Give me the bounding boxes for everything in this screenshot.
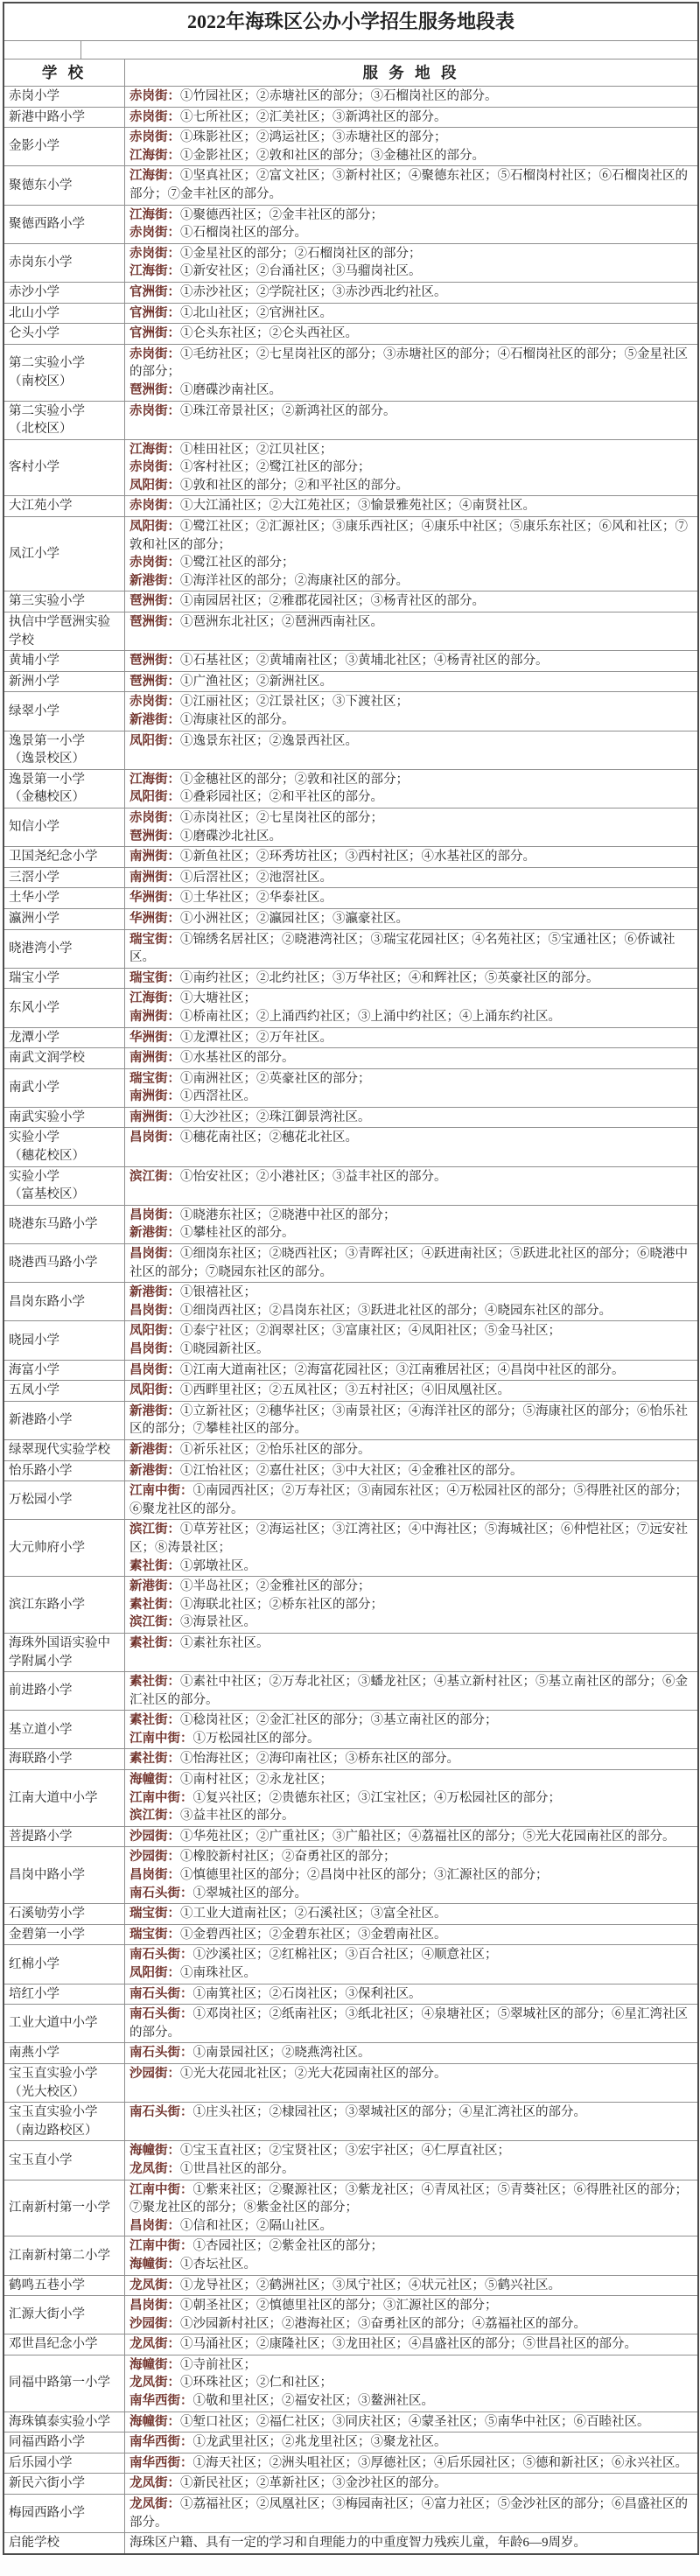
service-area: 南洲街：①后滘社区；②池滘社区。 [125,868,697,888]
communities-text: ①水基社区的部分。 [180,1051,295,1065]
table-row: 石溪劬劳小学瑞宝街：①工业大道南社区；②石溪社区；③富全社区。 [4,1904,697,1925]
service-segment: 江海街：①金穗社区的部分；②敦和社区的部分； [129,771,693,789]
table-row: 滨江东路小学新港街：①半岛社区；②金雅社区的部分；素社街：①海联北社区；②桥东社… [4,1577,697,1634]
service-area: 江海街：①聚德西社区；②金丰社区的部分；赤岗街：①石榴岗社区的部分。 [125,206,697,243]
street-label: 南石头街： [129,2007,193,2021]
street-label: 赤岗街： [129,460,180,474]
street-label: 新港街： [129,1579,180,1593]
service-segment: 江海街：①大塘社区； [129,990,693,1008]
table-row: 鹤鸣五巷小学龙凤街：①龙导社区；②鹤洲社区；③凤宁社区；④状元社区；⑤鹤兴社区。 [4,2276,697,2297]
service-segment: 赤岗街：①毛纺社区；②七星岗社区的部分；③赤塘社区的部分；④石榴岗社区的部分；⑤… [129,346,693,381]
table-row: 同福中路第一小学海幢街：①寺前社区；龙凤街：①环珠社区；②仁和社区；南华西街：①… [4,2355,697,2412]
school-name: 三滘小学 [4,868,125,888]
service-segment: 南洲街：①后滘社区；②池滘社区。 [129,869,693,887]
street-label: 凤阳街： [129,1383,180,1397]
street-label: 海幢街： [129,1773,180,1787]
service-area: 赤岗街：①七所社区；②汇美社区；③新鸿社区的部分。 [125,108,697,128]
table-row: 万松园小学江南中街：①南园西社区；②万寿社区；③南园东社区；④万松园社区的部分；… [4,1481,697,1520]
communities-text: ①海康社区的部分。 [180,713,295,727]
school-name: 南燕小学 [4,2043,125,2063]
communities-text: ①细岗西社区；②昌岗东社区；③跃进北社区的部分；④晓园东社区的部分。 [180,1304,612,1318]
table-row: 江南新村第二小学江南中街：①杏园社区；②紫金社区的部分；海幢街：①杏坛社区。 [4,2236,697,2275]
school-name: 赤沙小学 [4,283,125,303]
service-segment: 南洲街：①西滘社区。 [129,1088,693,1106]
service-area: 南石头街：①南景园社区；②晓燕湾社区。 [125,2043,697,2063]
street-label: 江南中街： [129,2183,193,2197]
street-label: 江海街： [129,991,180,1005]
street-label: 江南中街： [129,1484,193,1498]
communities-text: ①桥南社区；②上涌西约社区；③上涌中约社区；④上涌东约社区。 [180,1010,561,1024]
table-row: 五凤小学凤阳街：①西畔里社区；②五凤社区；③五村社区；④旧凤凰社区。 [4,1381,697,1402]
table-row: 海富小学昌岗街：①江南大道南社区；②海富花园社区；③江南雅居社区；④昌岗中社区的… [4,1361,697,1382]
service-segment: 新港街：①半岛社区；②金雅社区的部分； [129,1578,693,1596]
service-area: 瑞宝街：①南洲社区；②英豪社区的部分；南洲街：①西滘社区。 [125,1069,697,1107]
service-segment: 琶洲街：①石基社区；②黄埔南社区；③黄埔北社区；④杨青社区的部分。 [129,652,693,670]
school-name: 逸景第一小学 （逸景校区） [4,731,125,769]
street-label: 新港街： [129,1443,180,1457]
table-row: 大江苑小学赤岗街：①大江涌社区；②大江苑社区；③愉景雅苑社区；④南贤社区。 [4,496,697,517]
street-label: 新港街： [129,713,180,727]
service-area: 华洲街：①小洲社区；②瀛园社区；③瀛豪社区。 [125,909,697,929]
service-area: 赤岗街：①江丽社区；②江景社区；③下渡社区；新港街：①海康社区的部分。 [125,692,697,730]
communities-text: ①宝玉直社区；②宝贤社区；③宏宇社区；④仁厚直社区； [180,2144,510,2158]
service-area: 赤岗街：①毛纺社区；②七星岗社区的部分；③赤塘社区的部分；④石榴岗社区的部分；⑤… [125,345,697,401]
communities-text: ①赤沙社区；②学院社区；③赤沙西北约社区。 [180,285,447,299]
table-row: 凤江小学凤阳街：①鹭江社区；②汇源社区；③康乐西社区；④康乐中社区；⑤康乐东社区… [4,517,697,591]
service-segment: 江南中街：①南园西社区；②万寿社区；③南园东社区；④万松园社区的部分；⑤得胜社区… [129,1482,693,1518]
school-name: 怡乐路小学 [4,1461,125,1481]
service-segment: 南华西街：①龙武里社区；②兆龙里社区；③聚龙社区。 [129,2433,693,2452]
street-label: 琶洲街： [129,383,180,397]
communities-text: ①珠影社区；②鸿运社区；③赤塘社区的部分； [180,130,447,144]
service-segment: 赤岗街：①金星社区的部分；②石榴岗社区的部分； [129,245,693,263]
service-segment: 瑞宝街：①工业大道南社区；②石溪社区；③富全社区。 [129,1905,693,1923]
service-segment: 赤岗街：①大江涌社区；②大江苑社区；③愉景雅苑社区；④南贤社区。 [129,497,693,515]
communities-text: ①客村社区；②鹭江社区的部分； [180,460,371,474]
service-segment: 龙凤街：①环珠社区；②仁和社区； [129,2374,693,2392]
communities-text: ①沙园新村社区；②港海社区；③奋勇社区的部分；④荔福社区的部分。 [180,2317,586,2331]
service-segment: 凤阳街：①西畔里社区；②五凤社区；③五村社区；④旧凤凰社区。 [129,1382,693,1400]
communities-text: ①杏园社区；②紫金社区的部分； [193,2239,384,2253]
street-label: 赤岗街： [129,130,180,144]
table-row: 绿翠小学赤岗街：①江丽社区；②江景社区；③下渡社区；新港街：①海康社区的部分。 [4,692,697,731]
communities-text: ①南箕社区；②石岗社区；③保利社区。 [193,1987,422,2001]
communities-text: ①小洲社区；②瀛园社区；③瀛豪社区。 [180,912,409,926]
communities-text: ①庄头社区；②棣园社区；③翠城社区的部分；④星汇湾社区的部分。 [193,2105,587,2119]
communities-text: ①南洲社区；②英豪社区的部分； [180,1072,371,1086]
street-label: 赤岗街： [129,110,180,124]
table-row: 大元帅府小学滨江街：①草芳社区；②海运社区；③江湾社区；④中海社区；⑤海城社区；… [4,1520,697,1577]
communities-text: ①大江涌社区；②大江苑社区；③愉景雅苑社区；④南贤社区。 [180,499,535,513]
communities-text: ①紫来社区；②聚源社区；③紫龙社区；④青凤社区；⑤青葵社区；⑥得胜社区的部分；⑦… [129,2183,688,2215]
table-row: 逸景第一小学 （金穗校区）江海街：①金穗社区的部分；②敦和社区的部分；凤阳街：①… [4,770,697,808]
street-label: 江南中街： [129,1732,193,1746]
service-area: 龙凤街：①新民社区；②革新社区；③金沙社区的部分。 [125,2474,697,2494]
school-name: 红棉小学 [4,1945,125,1983]
school-name: 逸景第一小学 （金穗校区） [4,770,125,808]
communities-text: ①素社东社区。 [180,1636,269,1650]
communities-text: ①稔岗社区；②金汇社区的部分；③基立南社区的部分； [180,1713,498,1727]
service-area: 赤岗街：①大江涌社区；②大江苑社区；③愉景雅苑社区；④南贤社区。 [125,496,697,516]
service-area: 海幢街：①寺前社区；龙凤街：①环珠社区；②仁和社区；南华西街：①敬和里社区；②福… [125,2355,697,2411]
service-segment: 昌岗街：①穗花南社区；②穗花北社区。 [129,1129,693,1147]
communities-text: ①磨碟沙南社区。 [180,383,282,397]
communities-text: ①海联北社区；②桥东社区的部分； [180,1598,383,1612]
school-name: 汇源大街小学 [4,2296,125,2334]
communities-text: ①泰宁社区；②润翠社区；③富康社区；④凤阳社区；⑤金马社区； [180,1324,561,1338]
school-name: 赤岗东小学 [4,244,125,282]
street-label: 沙园街： [129,2067,180,2081]
communities-text: ①广渔社区；②新洲社区。 [180,675,332,689]
street-label: 赤岗街： [129,226,180,240]
school-name: 大元帅府小学 [4,1520,125,1576]
communities-text: ①金影社区；②敦和社区的部分；③金穗社区的部分。 [180,149,485,163]
service-segment: 昌岗街：①朝圣社区；②慎德里社区的部分；③汇源社区的部分； [129,2297,693,2315]
communities-text: ①杏坛社区。 [180,2257,256,2271]
school-name: 赤岗小学 [4,87,125,107]
service-segment: 昌岗街：①晓园新社区。 [129,1340,693,1359]
street-label: 南石头街： [129,1886,193,1900]
service-segment: 凤阳街：①泰宁社区；②润翠社区；③富康社区；④凤阳社区；⑤金马社区； [129,1322,693,1340]
service-segment: 凤阳街：①鹭江社区；②汇源社区；③康乐西社区；④康乐中社区；⑤康乐东社区；⑥风和… [129,518,693,554]
street-label: 南洲街： [129,1089,180,1103]
service-area: 素社街：①稔岗社区；②金汇社区的部分；③基立南社区的部分；江南中街：①万松园社区… [125,1711,697,1748]
service-area: 沙园街：①华苑社区；②广重社区；③广船社区；④荔福社区的部分；⑤光大花园南社区的… [125,1827,697,1847]
street-label: 龙凤街： [129,2278,180,2292]
communities-text: ①坚真社区；②富文社区；③新村社区；④聚德东社区；⑤石榴岗村社区；⑥石榴岗社区的… [129,169,688,201]
street-label: 瑞宝街： [129,1928,180,1942]
communities-text: ①万松园社区的部分。 [193,1732,320,1746]
service-segment: 龙凤街：①世昌社区的部分。 [129,2160,693,2179]
street-label: 赤岗街： [129,89,180,103]
street-label: 江海街： [129,149,180,163]
service-segment: 南石头街：①南箕社区；②石岗社区；③保利社区。 [129,1985,693,2004]
service-segment: 南石头街：①庄头社区；②棣园社区；③翠城社区的部分；④星汇湾社区的部分。 [129,2103,693,2122]
service-segment: 素社街：①海联北社区；②桥东社区的部分； [129,1596,693,1614]
service-area: 昌岗街：①朝圣社区；②慎德里社区的部分；③汇源社区的部分；沙园街：①沙园新村社区… [125,2296,697,2334]
street-label: 南石头街： [129,1948,193,1962]
table-row: 昌岗东路小学新港街：①银禧社区；昌岗街：①细岗西社区；②昌岗东社区；③跃进北社区… [4,1283,697,1321]
school-name: 晓港湾小学 [4,930,125,968]
service-area: 官洲街：①仑头东社区；②仑头西社区。 [125,324,697,344]
service-segment: 南石头街：①邓岗社区；②纸南社区；③纸北社区；④泉塘社区；⑤翠城社区的部分；⑥星… [129,2005,693,2041]
street-label: 昌岗街： [129,1363,180,1377]
school-name: 万松园小学 [4,1481,125,1519]
communities-text: ①南珠社区。 [180,1966,256,1980]
service-segment: 琶洲街：①广渔社区；②新洲社区。 [129,673,693,691]
service-segment: 江海街：①桂田社区；②江贝社区； [129,441,693,459]
school-name: 同福西路小学 [4,2432,125,2453]
service-segment: 江海街：①金影社区；②敦和社区的部分；③金穗社区的部分。 [129,147,693,165]
school-name: 绿翠现代实验学校 [4,1440,125,1460]
street-label: 江海街： [129,443,180,457]
service-segment: 昌岗街：①晓港东社区；②晓港中社区的部分； [129,1207,693,1225]
service-area: 龙凤街：①荔福社区；②凤凰社区；③梅园南社区；④富力社区；⑤金沙社区的部分；⑥昌… [125,2495,697,2532]
service-area: 昌岗街：①江南大道南社区；②海富花园社区；③江南雅居社区；④昌岗中社区的部分。 [125,1361,697,1381]
communities-text: ①半岛社区；②金雅社区的部分； [180,1579,371,1593]
service-area: 南华西街：①海天社区；②洲头咀社区；③厚德社区；④后乐园社区；⑤德和新社区；⑥永… [125,2453,697,2474]
table-row: 邓世昌纪念小学龙凤街：①马涌社区；②康隆社区；③龙田社区；④昌盛社区的部分；⑤世… [4,2334,697,2355]
street-label: 素社街： [129,1636,180,1650]
table-row: 晓港湾小学瑞宝街：①锦绣名居社区；②晓港湾社区；③瑞宝花园社区；④名苑社区；⑤宝… [4,930,697,969]
service-segment: 南石头街：①南景园社区；②晓燕湾社区。 [129,2044,693,2062]
service-area: 江海街：①桂田社区；②江贝社区；赤岗街：①客村社区；②鹭江社区的部分；凤阳街：①… [125,440,697,496]
service-area: 新港街：①祈乐社区；②怡乐社区的部分。 [125,1440,697,1460]
street-label: 素社街： [129,1559,180,1573]
table-row: 北山小学官洲街：①北山社区；②官洲社区。 [4,304,697,325]
service-segment: 凤阳街：①叠彩园社区；②和平社区的部分。 [129,788,693,807]
table-row: 启能学校海珠区户籍、具有一定的学习和自理能力的中重度智力残疾儿童，年龄6—9周岁… [4,2533,697,2553]
street-label: 滨江街： [129,1809,180,1823]
street-label: 海幢街： [129,2144,180,2158]
table-row: 赤岗小学赤岗街：①竹园社区；②赤塘社区的部分；③石榴岗社区的部分。 [4,87,697,108]
service-area: 瑞宝街：①南约社区；②北约社区；③万华社区；④和辉社区；⑤英豪社区的部分。 [125,969,697,989]
street-label: 南石头街： [129,2105,193,2119]
table-row: 培红小学南石头街：①南箕社区；②石岗社区；③保利社区。 [4,1984,697,2005]
communities-text: ①怡海社区；②海印南社区；③桥东社区的部分。 [180,1752,459,1766]
service-segment: 琶洲街：①琶洲东北社区；②琶洲西南社区。 [129,613,693,632]
street-label: 龙凤街： [129,2476,180,2490]
communities-text: ①金碧西社区；②金碧东社区；③金碧南社区。 [180,1928,447,1942]
school-name: 菩提路小学 [4,1827,125,1847]
street-label: 昌岗街： [129,2219,180,2233]
table-row: 知信小学赤岗街：①赤岗社区；②七星岗社区的部分；琶洲街：①磨碟沙北社区。 [4,808,697,847]
service-segment: 官洲街：①仑头东社区；②仑头西社区。 [129,325,693,343]
street-label: 南华西街： [129,2456,193,2470]
street-label: 昌岗街： [129,1130,180,1144]
communities-text: ①慎德里社区的部分；②昌岗中社区的部分；③汇源社区的部分； [180,1868,549,1882]
service-segment: 昌岗街：①细岗东社区；②晓西社区；③青晖社区；④跃进南社区；⑤跃进北社区的部分；… [129,1245,693,1281]
service-segment: 华洲街：①小洲社区；②瀛园社区；③瀛豪社区。 [129,910,693,928]
column-header-school: 学 校 [4,59,125,86]
service-segment: 赤岗街：①珠江帝景社区；②新鸿社区的部分。 [129,402,693,421]
school-name: 实验小学 （富基校区） [4,1167,125,1205]
school-name: 凤江小学 [4,517,125,591]
street-label: 赤岗街： [129,404,180,418]
street-label: 江南中街： [129,1791,193,1805]
school-name: 第二实验小学 （北校区） [4,402,125,439]
school-name: 前进路小学 [4,1672,125,1710]
communities-text: ①立新社区；②穗华社区；③南景社区；④海洋社区的部分；⑤海康社区的部分；⑥怡乐社… [129,1404,688,1437]
table-row: 逸景第一小学 （逸景校区）凤阳街：①逸景东社区；②逸景西社区。 [4,731,697,770]
service-area: 南石头街：①邓岗社区；②纸南社区；③纸北社区；④泉塘社区；⑤翠城社区的部分；⑥星… [125,2005,697,2042]
communities-text: ①南园西社区；②万寿社区；③南园东社区；④万松园社区的部分；⑤得胜社区的部分；⑥… [129,1484,688,1516]
service-segment: 新港街：①海康社区的部分。 [129,711,693,730]
school-name: 新民六街小学 [4,2474,125,2494]
school-name: 金碧第一小学 [4,1925,125,1945]
street-label: 官洲街： [129,285,180,299]
school-name: 瀛洲小学 [4,909,125,929]
table-row: 菩提路小学沙园街：①华苑社区；②广重社区；③广船社区；④荔福社区的部分；⑤光大花… [4,1827,697,1848]
service-segment: 素社街：①郭墩社区。 [129,1557,693,1576]
service-segment: 华洲街：①龙潭社区；②万年社区。 [129,1029,693,1047]
table-row: 新港中路小学赤岗街：①七所社区；②汇美社区；③新鸿社区的部分。 [4,108,697,129]
service-segment: 海幢街：①寺前社区； [129,2356,693,2375]
school-name: 聚德东小学 [4,166,125,204]
communities-text: ①朝圣社区；②慎德里社区的部分；③汇源社区的部分； [180,2299,498,2313]
school-name: 滨江东路小学 [4,1577,125,1633]
communities-text: ①南约社区；②北约社区；③万华社区；④和辉社区；⑤英豪社区的部分。 [180,971,599,985]
service-area: 江海街：①坚真社区；②富文社区；③新村社区；④聚德东社区；⑤石榴岗村社区；⑥石榴… [125,166,697,204]
service-area: 官洲街：①北山社区；②官洲社区。 [125,304,697,324]
service-segment: 龙凤街：①新民社区；②革新社区；③金沙社区的部分。 [129,2474,693,2493]
street-label: 新港街： [129,1285,180,1299]
school-name: 聚德西路小学 [4,206,125,243]
service-area: 凤阳街：①西畔里社区；②五凤社区；③五村社区；④旧凤凰社区。 [125,1381,697,1401]
communities-text: ①西畔里社区；②五凤社区；③五村社区；④旧凤凰社区。 [180,1383,510,1397]
street-label: 素社街： [129,1598,180,1612]
school-name: 客村小学 [4,440,125,496]
school-name: 昌岗中路小学 [4,1847,125,1903]
table-row: 实验小学 （富基校区）滨江街：①怡安社区；②小港社区；③益丰社区的部分。 [4,1167,697,1206]
service-area: 琶洲街：①广渔社区；②新洲社区。 [125,672,697,692]
table-row: 红棉小学南石头街：①沙溪社区；②红棉社区；③百合社区；④顺意社区；凤阳街：①南珠… [4,1945,697,1984]
communities-text: ①江怡社区；②嘉仕社区；③中大社区；④金雅社区的部分。 [180,1464,523,1478]
page-title: 2022年海珠区公办小学招生服务地段表 [4,3,697,40]
service-segment: 江南中街：①万松园社区的部分。 [129,1730,693,1748]
service-area: 琶洲街：①南园居社区；②雅郡花园社区；③杨青社区的部分。 [125,591,697,612]
service-segment: 南石头街：①翠城社区的部分。 [129,1885,693,1903]
service-segment: 瑞宝街：①南约社区；②北约社区；③万华社区；④和辉社区；⑤英豪社区的部分。 [129,969,693,988]
communities-text: ①龙武里社区；②兆龙里社区；③聚龙社区。 [193,2435,447,2449]
street-label: 南石头街： [129,1987,193,2001]
communities-text: ①素社中社区；②万寿北社区；③蟠龙社区；④基立新村社区；⑤基立南社区的部分；⑥金… [129,1675,688,1707]
service-segment: 官洲街：①赤沙社区；②学院社区；③赤沙西北约社区。 [129,283,693,302]
school-name: 后乐园小学 [4,2453,125,2474]
communities-text: ①竹园社区；②赤塘社区的部分；③石榴岗社区的部分。 [180,89,498,103]
communities-text: ①工业大道南社区；②石溪社区；③富全社区。 [180,1907,447,1921]
school-name: 瑞宝小学 [4,969,125,989]
service-area: 赤岗街：①珠江帝景社区；②新鸿社区的部分。 [125,402,697,439]
street-label: 昌岗街： [129,2299,180,2313]
communities-text: ①南村社区；②永龙社区； [180,1773,332,1787]
communities-text: ①磨碟沙北社区。 [180,829,282,843]
service-segment: 瑞宝街：①金碧西社区；②金碧东社区；③金碧南社区。 [129,1926,693,1944]
service-area: 琶洲街：①琶洲东北社区；②琶洲西南社区。 [125,612,697,650]
service-area: 江海街：①大塘社区；南洲街：①桥南社区；②上涌西约社区；③上涌中约社区；④上涌东… [125,989,697,1026]
communities-text: ①江南大道南社区；②海富花园社区；③江南雅居社区；④昌岗中社区的部分。 [180,1363,625,1377]
communities-text: ①西滘社区。 [180,1089,256,1103]
street-label: 琶洲街： [129,615,180,629]
service-segment: 素社街：①怡海社区；②海印南社区；③桥东社区的部分。 [129,1750,693,1768]
communities-text: ①大塘社区； [180,991,256,1005]
service-segment: 龙凤街：①荔福社区；②凤凰社区；③梅园南社区；④富力社区；⑤金沙社区的部分；⑥昌… [129,2495,693,2531]
street-label: 官洲街： [129,326,180,340]
street-label: 赤岗街： [129,247,180,261]
street-label: 赤岗街： [129,556,180,570]
service-area: 江南中街：①杏园社区；②紫金社区的部分；海幢街：①杏坛社区。 [125,2236,697,2274]
street-label: 南洲街： [129,871,180,885]
table-row: 瑞宝小学瑞宝街：①南约社区；②北约社区；③万华社区；④和辉社区；⑤英豪社区的部分… [4,969,697,990]
street-label: 瑞宝街： [129,1907,180,1921]
communities-text: ①新安社区；②台涌社区；③马骝岗社区。 [180,264,422,278]
communities-text: ①寺前社区； [180,2358,256,2372]
communities-text: ①复兴社区；②贵德东社区；③江宝社区；④万松园社区的部分； [193,1791,562,1805]
communities-text: ①华苑社区；②广重社区；③广船社区；④荔福社区的部分；⑤光大花园南社区的部分。 [180,1830,675,1844]
street-label: 海幢街： [129,2257,180,2271]
school-name: 土华小学 [4,888,125,908]
communities-text: ①攀桂社区的部分。 [180,1226,295,1240]
table-row: 工业大道中小学南石头街：①邓岗社区；②纸南社区；③纸北社区；④泉塘社区；⑤翠城社… [4,2005,697,2043]
column-header-area: 服 务 地 段 [125,59,697,86]
table-row: 昌岗中路小学沙园街：①橡胶新村社区；②奋勇社区的部分；昌岗街：①慎德里社区的部分… [4,1847,697,1904]
spacer-row [4,41,697,59]
service-area: 素社街：①素社中社区；②万寿北社区；③蟠龙社区；④基立新村社区；⑤基立南社区的部… [125,1672,697,1710]
service-segment: 新港街：①银禧社区； [129,1284,693,1302]
communities-text: 海珠区户籍、具有一定的学习和自理能力的中重度智力残疾儿童，年龄6—9周岁。 [129,2536,586,2550]
service-area: 凤阳街：①逸景东社区；②逸景西社区。 [125,731,697,769]
enrollment-table: 2022年海珠区公办小学招生服务地段表 学 校 服 务 地 段 赤岗小学赤岗街：… [3,2,699,2555]
street-label: 龙凤街： [129,2337,180,2351]
service-segment: 龙凤街：①马涌社区；②康隆社区；③龙田社区；④昌盛社区的部分；⑤世昌社区的部分。 [129,2335,693,2354]
street-label: 滨江街： [129,1615,180,1629]
service-area: 海幢街：①宝玉直社区；②宝贤社区；③宏宇社区；④仁厚直社区；龙凤街：①世昌社区的… [125,2141,697,2179]
school-name: 海珠镇泰实验小学 [4,2412,125,2432]
school-name: 龙潭小学 [4,1028,125,1048]
service-segment: 江南中街：①杏园社区；②紫金社区的部分； [129,2237,693,2256]
street-label: 江海街： [129,264,180,278]
street-label: 滨江街： [129,1522,180,1536]
service-segment: 昌岗街：①江南大道南社区；②海富花园社区；③江南雅居社区；④昌岗中社区的部分。 [129,1361,693,1380]
school-name: 绿翠小学 [4,692,125,730]
service-area: 海幢街：①南村社区；②永龙社区；江南中街：①复兴社区；②贵德东社区；③江宝社区；… [125,1770,697,1826]
service-area: 江南中街：①南园西社区；②万寿社区；③南园东社区；④万松园社区的部分；⑤得胜社区… [125,1481,697,1519]
service-segment: 海幢街：①杏坛社区。 [129,2256,693,2274]
street-label: 南洲街： [129,850,180,864]
school-name: 昌岗东路小学 [4,1283,125,1320]
service-segment: 海幢街：①堑口社区；②福仁社区；③同庆社区；④蒙圣社区；⑤南华中社区；⑥百睦社区… [129,2413,693,2432]
street-label: 琶洲街： [129,675,180,689]
school-name: 海富小学 [4,1361,125,1381]
service-segment: 新港街：①海洋社区的部分；②海康社区的部分。 [129,572,693,591]
service-area: 沙园街：①光大花园北社区；②光大花园南社区的部分。 [125,2064,697,2102]
table-row: 客村小学江海街：①桂田社区；②江贝社区；赤岗街：①客村社区；②鹭江社区的部分；凤… [4,440,697,497]
table-row: 前进路小学素社街：①素社中社区；②万寿北社区；③蟠龙社区；④基立新村社区；⑤基立… [4,1672,697,1711]
table-row: 赤沙小学官洲街：①赤沙社区；②学院社区；③赤沙西北约社区。 [4,283,697,304]
school-name: 江南新村第二小学 [4,2236,125,2274]
table-row: 赤岗东小学赤岗街：①金星社区的部分；②石榴岗社区的部分；江海街：①新安社区；②台… [4,244,697,283]
street-label: 赤岗街： [129,347,180,361]
communities-text: ①珠江帝景社区；②新鸿社区的部分。 [180,404,396,418]
table-row: 海珠外国语实验中学附属小学素社街：①素社东社区。 [4,1634,697,1672]
street-label: 赤岗街： [129,695,180,709]
table-header-row: 学 校 服 务 地 段 [4,59,697,87]
table-row: 怡乐路小学新港街：①江怡社区；②嘉仕社区；③中大社区；④金雅社区的部分。 [4,1461,697,1482]
table-row: 宝玉直实验小学 （光大校区）沙园街：①光大花园北社区；②光大花园南社区的部分。 [4,2064,697,2103]
communities-text: ①南园居社区；②雅郡花园社区；③杨青社区的部分。 [180,594,485,608]
table-row: 第二实验小学 （北校区）赤岗街：①珠江帝景社区；②新鸿社区的部分。 [4,402,697,440]
street-label: 龙凤街： [129,2497,180,2511]
service-area: 滨江街：①草芳社区；②海运社区；③江湾社区；④中海社区；⑤海城社区；⑥仲恺社区；… [125,1520,697,1576]
service-area: 滨江街：①怡安社区；②小港社区；③益丰社区的部分。 [125,1167,697,1205]
table-row: 聚德西路小学江海街：①聚德西社区；②金丰社区的部分；赤岗街：①石榴岗社区的部分。 [4,206,697,244]
communities-text: ①郭墩社区。 [180,1559,256,1573]
service-segment: 素社街：①素社东社区。 [129,1634,693,1653]
service-segment: 江海街：①坚真社区；②富文社区；③新村社区；④聚德东社区；⑤石榴岗村社区；⑥石榴… [129,167,693,203]
street-label: 华洲街： [129,1031,180,1045]
service-area: 南洲街：①大沙社区；②珠江御景湾社区。 [125,1108,697,1128]
communities-text: ①怡安社区；②小港社区；③益丰社区的部分。 [180,1170,447,1184]
street-label: 素社街： [129,1713,180,1727]
street-label: 沙园街： [129,2317,180,2331]
school-name: 大江苑小学 [4,496,125,516]
school-name: 晓园小学 [4,1321,125,1359]
school-name: 南武实验小学 [4,1108,125,1128]
communities-text: ①海洋社区的部分；②海康社区的部分。 [180,574,409,588]
service-area: 瑞宝街：①金碧西社区；②金碧东社区；③金碧南社区。 [125,1925,697,1945]
service-area: 赤岗街：①金星社区的部分；②石榴岗社区的部分；江海街：①新安社区；②台涌社区；③… [125,244,697,282]
street-label: 华洲街： [129,912,180,926]
